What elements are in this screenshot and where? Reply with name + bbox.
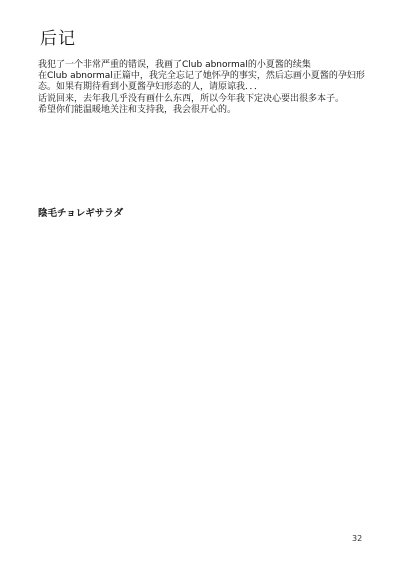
page-number: 32 <box>352 534 362 543</box>
paragraph: 在Club abnormal正篇中，我完全忘记了她怀孕的事实，然后忘画小夏酱的孕… <box>38 71 374 93</box>
afterword-body: 我犯了一个非常严重的错误，我画了Club abnormal的小夏酱的续集 在Cl… <box>38 60 374 116</box>
paragraph: 我犯了一个非常严重的错误，我画了Club abnormal的小夏酱的续集 <box>38 60 374 71</box>
page-title: 后记 <box>40 24 76 49</box>
author-name: 陰毛チョレギサラダ <box>38 205 123 219</box>
paragraph: 话说回来，去年我几乎没有画什么东西，所以今年我下定决心要出很多本子。 <box>38 94 374 105</box>
paragraph: 希望你们能温暖地关注和支持我，我会很开心的。 <box>38 105 374 116</box>
